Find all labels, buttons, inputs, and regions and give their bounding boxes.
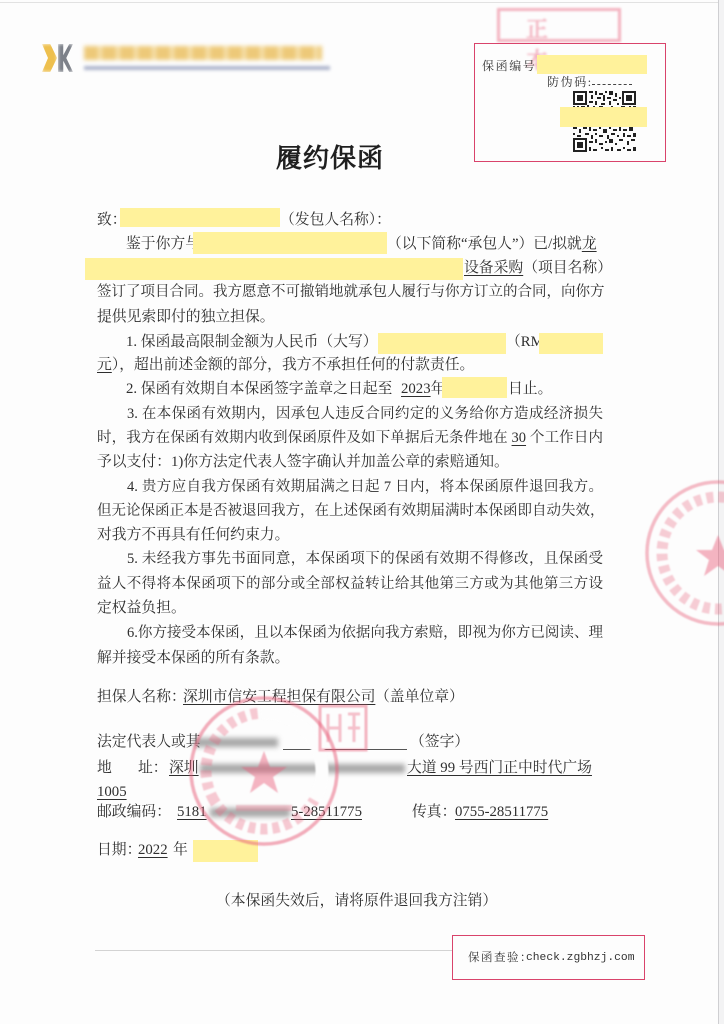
- address-line: 地 址： 深圳 大道 99 号西门正中时代广场: [0, 756, 718, 780]
- guarantor-name-label: 担保人名称：: [97, 685, 186, 709]
- postcode-label: 邮政编码：: [97, 800, 171, 824]
- blurred-text: [200, 764, 405, 773]
- address-start: 深圳: [169, 756, 199, 780]
- original-copy-stamp: 正本: [497, 8, 621, 42]
- blurred-text: [194, 738, 278, 747]
- anti-fake-code-label: 防伪码:: [547, 74, 593, 90]
- date-year-unit: 年: [173, 838, 188, 862]
- project-name-end: 设备采购: [464, 260, 523, 276]
- address-label-part-2: 址：: [138, 756, 168, 780]
- clause-5-line-1: 5. 未经我方事先书面同意，本保函项下的保函有效期不得修改，且保函受: [127, 547, 603, 571]
- expiry-year: 2023: [401, 381, 431, 397]
- contact-line: 邮政编码： 5181 5-28511775 传真： 0755-28511775: [0, 800, 718, 824]
- guarantor-seal-note: （盖单位章）: [375, 685, 464, 709]
- guarantee-number-label: 保函编号:: [482, 58, 541, 74]
- preamble-line-3: 签订了项目合同。我方愿意不可撤销地就承包人履行与你方订立的合同，向你方: [97, 280, 603, 304]
- representative-line: 法定代表人或其 （签字）: [0, 730, 718, 754]
- preamble-prefix: 鉴于你方与: [126, 232, 200, 256]
- fax-number: 0755-28511775: [455, 800, 548, 824]
- date-label: 日期：: [97, 838, 141, 862]
- clause-6-line-2: 解并接受本保函的所有条款。: [0, 646, 718, 670]
- logo-mark-icon: [42, 44, 57, 72]
- clause-5-line-3: 定权益负担。: [0, 596, 718, 620]
- preamble-line-4: 提供见索即付的独立担保。: [0, 305, 718, 329]
- qr-code-icon: [573, 91, 636, 108]
- clause-1-line-1: 1. 保函最高限制金额为人民币（大写） （RMB: [0, 330, 718, 354]
- blurred-text: [210, 808, 290, 817]
- redaction-highlight: [537, 55, 647, 74]
- redaction-highlight: [442, 377, 507, 398]
- phone-partial: 5-28511775: [291, 800, 362, 824]
- clause-4-line-1: 4. 贵方应自我方保函有效期届满之日起 7 日内，将本保函原件退回我方。: [127, 475, 603, 499]
- payment-days: 30: [512, 430, 527, 446]
- verification-url: check.zgbhzj.com: [526, 950, 634, 966]
- logo-company-english-blurred: [84, 66, 330, 70]
- preamble-contractor-note: （以下简称“承包人”）已/拟就龙: [387, 232, 597, 256]
- address-label-part-1: 地: [97, 756, 112, 780]
- preamble-line-4-text: 提供见索即付的独立担保。: [97, 305, 275, 329]
- recipient-line: 致： （发包人名称）：: [0, 208, 718, 232]
- footer-note-line: （本保函失效后，请将原件退回我方注销）: [0, 889, 718, 913]
- clause-5-line-3-text: 定权益负担。: [97, 596, 186, 620]
- project-name-start: 龙: [582, 236, 597, 252]
- fax-label: 传真：: [412, 800, 456, 824]
- clause-1-line-2-text: 元），超出前述金额的部分，我方不承担任何的付款责任。: [97, 353, 474, 377]
- redaction-highlight: [193, 840, 258, 862]
- currency-unit: 元: [97, 357, 112, 373]
- verification-footer-label: 保函查验：: [468, 950, 533, 966]
- redaction-highlight: [85, 258, 463, 280]
- guarantor-name-line: 担保人名称： 深圳市信安工程担保有限公司 （盖单位章）: [0, 685, 718, 709]
- clause-4-line-3: 对我方不再具有任何约束力。: [0, 523, 718, 547]
- clause-2-validity-text: 2. 保函有效期自本保函签字盖章之日起至: [126, 377, 392, 401]
- project-name-note: （项目名称）: [523, 260, 612, 276]
- address-end: 大道 99 号西门正中时代广场: [407, 756, 592, 780]
- document-title: 履约保函: [272, 143, 388, 175]
- clause-3-line-3-text: 予以支付：1)你方法定代表人签字确认并加盖公章的索赔通知。: [97, 450, 509, 474]
- scan-top-edge: [0, 2, 718, 3]
- clause-3-days-unit: 个工作日内: [530, 430, 603, 446]
- qr-code-icon: [573, 127, 636, 152]
- clause-3-line-2: 时，我方在保函有效期内收到保函原件及如下单据后无条件地在 30 个工作日内: [97, 426, 603, 450]
- logo-k-icon: [58, 44, 73, 72]
- clause-1-line-2: 元），超出前述金额的部分，我方不承担任何的付款责任。: [0, 353, 718, 377]
- recipient-suffix: （发包人名称）：: [280, 208, 391, 232]
- clause-2-suffix: 日止。: [508, 377, 552, 401]
- clause-4-line-3-text: 对我方不再具有任何约束力。: [97, 523, 289, 547]
- guarantor-name: 深圳市信安工程担保有限公司: [183, 685, 375, 709]
- preamble-contractor-text: （以下简称“承包人”）已/拟就: [387, 236, 582, 252]
- signature-blank: [283, 730, 407, 750]
- logo-company-name-blurred: [84, 46, 322, 60]
- clause-1-liability-text: ），超出前述金额的部分，我方不承担任何的付款责任。: [112, 357, 475, 373]
- date-year: 2022: [138, 838, 168, 862]
- footer-note: （本保函失效后，请将原件退回我方注销）: [216, 889, 497, 913]
- clause-6-line-1: 6.你方接受本保函，且以本保函为依据向我方索赔，即视为你方已阅读、理: [127, 621, 603, 645]
- clause-1-amount-label: 1. 保函最高限制金额为人民币（大写）: [126, 330, 378, 354]
- clause-3-payment-text: 时，我方在保函有效期内收到保函原件及如下单据后无条件地在: [97, 430, 508, 446]
- clause-4-line-2: 但无论保函正本是否被退回我方，在上述保函有效期届满时本保函即自动失效，: [97, 499, 603, 523]
- postcode-partial: 5181: [177, 800, 207, 824]
- guarantee-letter-page: 正本 保函编号: 防伪码:: [0, 0, 724, 1024]
- clause-2-line: 2. 保函有效期自本保函签字盖章之日起至 2023年 日止。: [0, 377, 718, 401]
- scan-right-edge: [718, 0, 724, 1024]
- signature-note: （签字）: [410, 730, 469, 754]
- clause-2-expiry-year: 2023年: [401, 377, 445, 401]
- project-name: 设备采购（项目名称）: [464, 256, 612, 280]
- redaction-highlight: [120, 208, 280, 227]
- date-line: 日期： 2022 年: [0, 838, 718, 862]
- redaction-highlight: [193, 232, 387, 254]
- redaction-highlight: [378, 333, 506, 354]
- representative-label: 法定代表人或其: [97, 730, 201, 754]
- clause-5-line-2: 益人不得将本保函项下的部分或全部权益转让给其他第三方或为其他第三方设: [97, 572, 603, 596]
- redaction-highlight: [539, 333, 603, 354]
- clause-3-line-3: 予以支付：1)你方法定代表人签字确认并加盖公章的索赔通知。: [0, 450, 718, 474]
- clause-3-line-1: 3. 在本保函有效期内，因承包人违反合同约定的义务给你方造成经济损失: [127, 402, 603, 426]
- redaction-highlight: [560, 107, 647, 127]
- clause-6-line-2-text: 解并接受本保函的所有条款。: [97, 646, 289, 670]
- anti-fake-code-value-masked: [592, 84, 632, 85]
